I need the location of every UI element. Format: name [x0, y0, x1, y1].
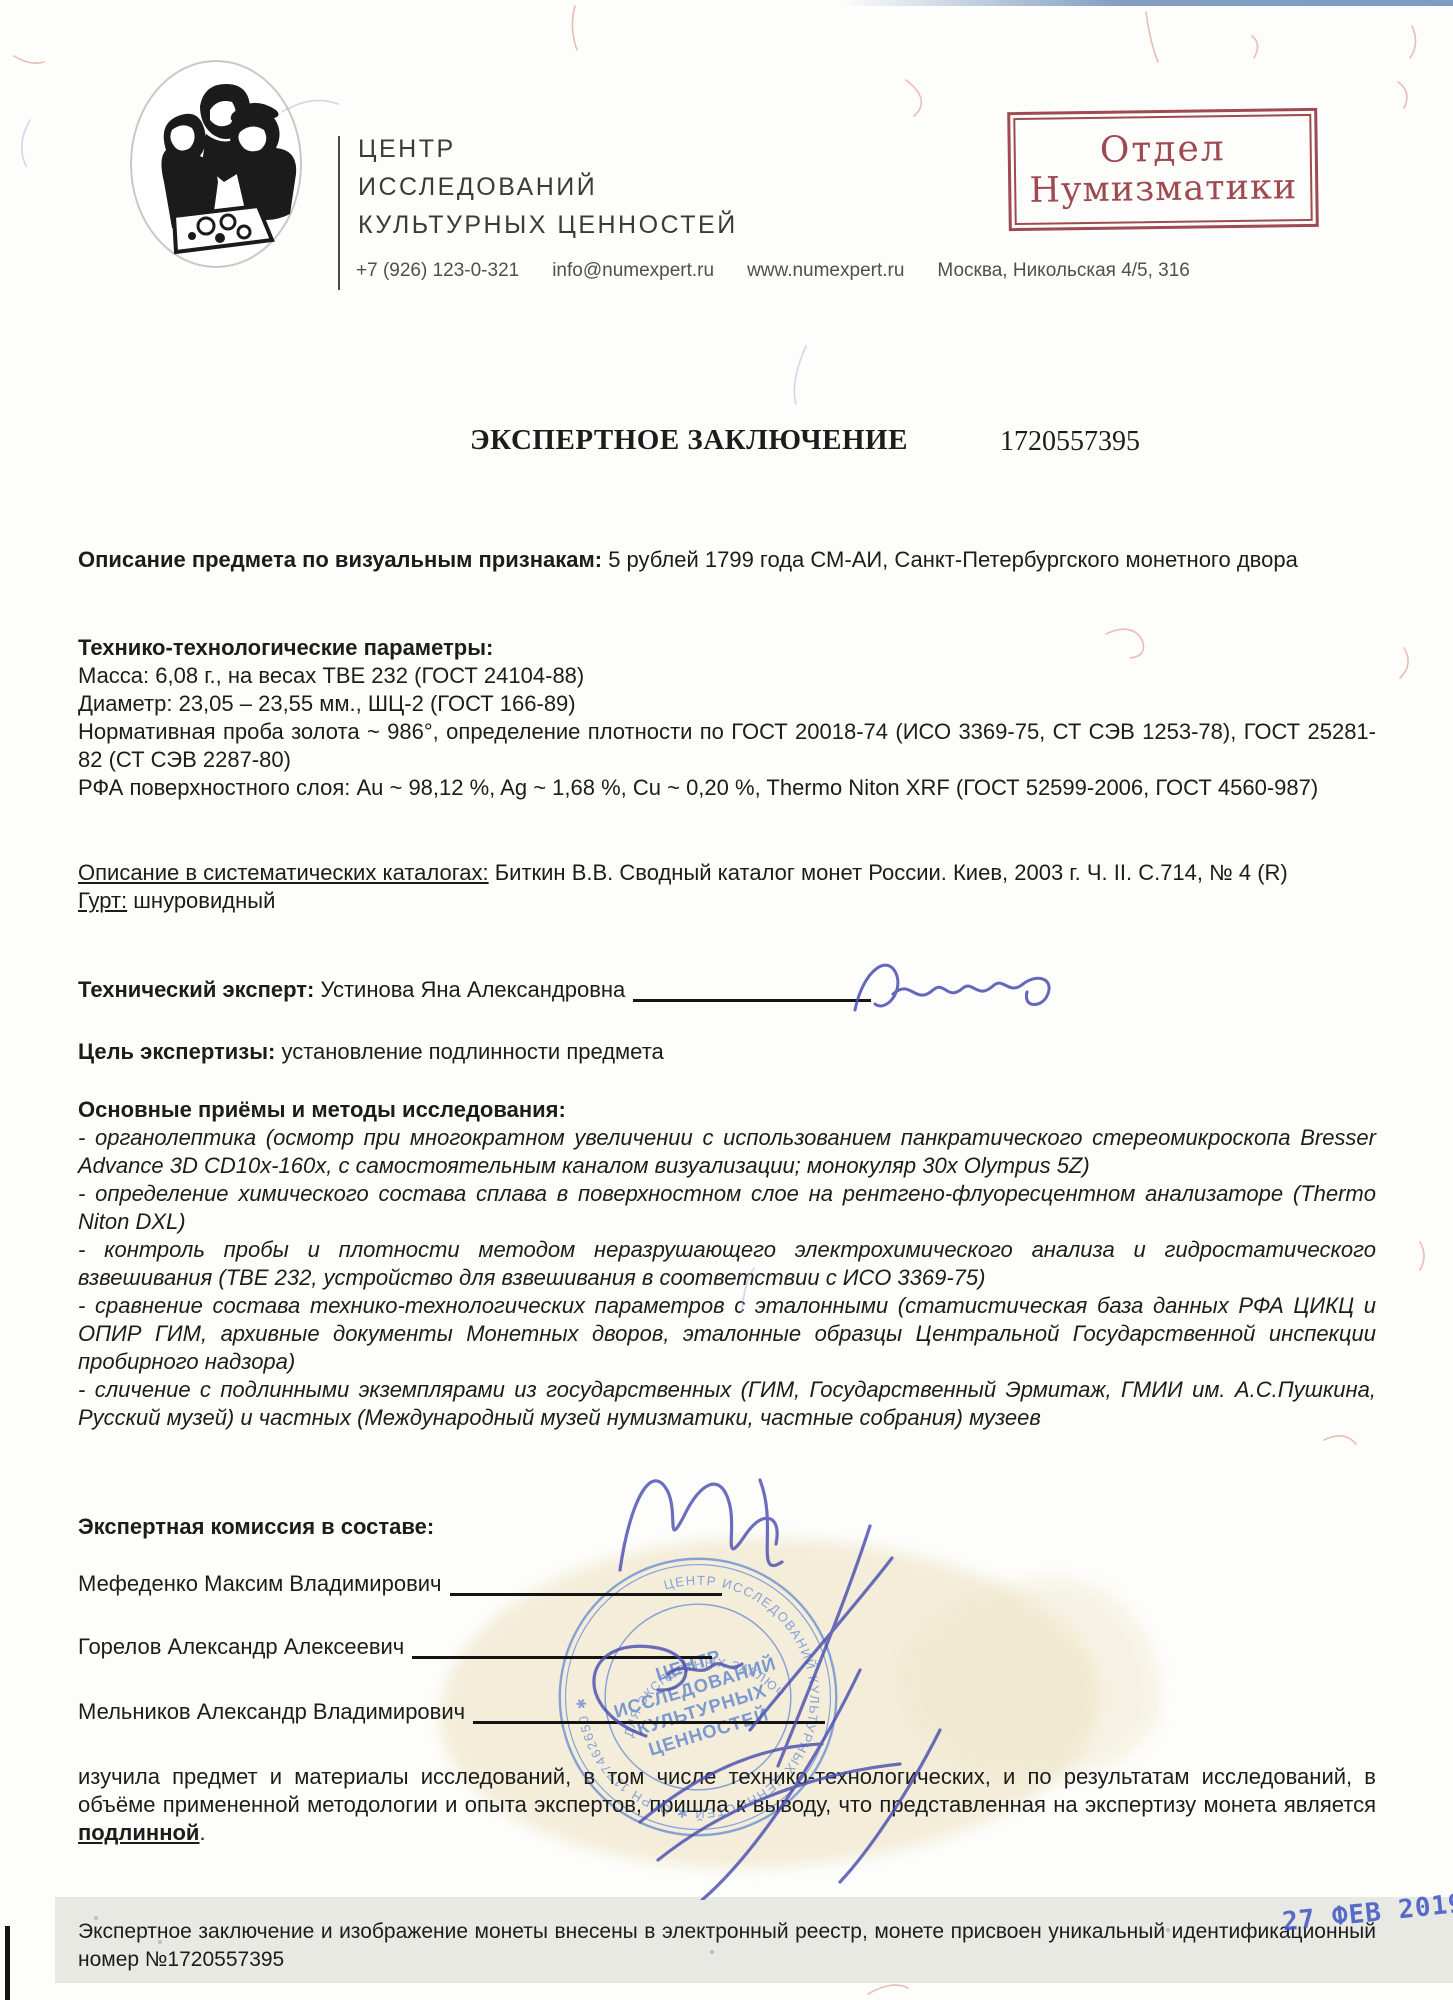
commission-member-name: Горелов Александр Алексеевич: [78, 1634, 404, 1659]
description-text: 5 рублей 1799 года СМ-АИ, Санкт-Петербур…: [608, 547, 1298, 572]
org-name-line: ИССЛЕДОВАНИЙ: [358, 168, 738, 206]
document-title: ЭКСПЕРТНОЕ ЗАКЛЮЧЕНИЕ: [470, 424, 908, 457]
conclusion-tail: .: [199, 1820, 205, 1845]
contact-row: +7 (926) 123-0-321 info@numexpert.ru www…: [356, 260, 1190, 282]
postal-address: Москва, Никольская 4/5, 316: [937, 260, 1189, 282]
commission-member-name: Мельников Александр Владимирович: [78, 1699, 465, 1724]
scan-edge-mark: [5, 1926, 10, 2000]
coin-experts-drawing-icon: [128, 58, 304, 270]
footer-registry-text: Экспертное заключение и изображение моне…: [78, 1918, 1376, 1974]
purpose-label: Цель экспертизы:: [78, 1039, 275, 1064]
gurt-label: Гурт:: [78, 888, 127, 913]
tech-expert-name: Устинова Яна Александровна: [320, 977, 625, 1002]
method-item: - органолептика (осмотр при многократном…: [78, 1124, 1376, 1180]
tech-param-line: Масса: 6,08 г., на весах ТВЕ 232 (ГОСТ 2…: [78, 662, 1376, 690]
header-divider: [338, 136, 340, 290]
section-purpose: Цель экспертизы: установление подлинност…: [78, 1038, 1376, 1066]
document-number: 1720557395: [1000, 426, 1140, 458]
scan-edge-strip: [840, 0, 1453, 6]
conclusion-text: изучила предмет и материалы исследований…: [78, 1764, 1376, 1817]
conclusion-emphasis: подлинной: [78, 1820, 199, 1845]
description-label: Описание предмета по визуальным признака…: [78, 547, 602, 572]
catalog-label: Описание в систематических каталогах:: [78, 860, 489, 885]
commission-member-row: Горелов Александр Алексеевич: [78, 1634, 712, 1660]
tech-expert-label: Технический эксперт:: [78, 977, 314, 1002]
commission-member-name: Мефеденко Максим Владимирович: [78, 1571, 442, 1596]
phone-number: +7 (926) 123-0-321: [356, 260, 519, 282]
section-catalog: Описание в систематических каталогах: Би…: [78, 859, 1376, 915]
expert-opinion-document: ЦЕНТР ИССЛЕДОВАНИЙ КУЛЬТУРНЫХ ЦЕННОСТЕЙ …: [0, 0, 1453, 2000]
tech-expert-signature-line: [633, 999, 871, 1002]
tech-param-line: РФА поверхностного слоя: Au ~ 98,12 %, A…: [78, 774, 1376, 802]
section-commission-heading: Экспертная комиссия в составе:: [78, 1513, 1376, 1541]
section-description: Описание предмета по визуальным признака…: [78, 546, 1376, 574]
method-item: - сличение с подлинными экземплярами из …: [78, 1376, 1376, 1432]
numismatics-dept-stamp-inner: Отдел Нумизматики: [1013, 114, 1312, 225]
purpose-text: установление подлинности предмета: [281, 1039, 663, 1064]
method-item: - сравнение состава технико-технологичес…: [78, 1292, 1376, 1376]
gurt-paragraph: Гурт: шнуровидный: [78, 887, 1376, 915]
commission-member-row: Мельников Александр Владимирович: [78, 1699, 825, 1725]
methods-heading: Основные приёмы и методы исследования:: [78, 1096, 1376, 1124]
section-tech-expert: Технический эксперт: Устинова Яна Алекса…: [78, 976, 1376, 1004]
tech-param-line: Нормативная проба золота ~ 986°, определ…: [78, 718, 1376, 774]
method-item: - определение химического состава сплава…: [78, 1180, 1376, 1236]
numismatics-dept-stamp: Отдел Нумизматики: [1007, 108, 1319, 231]
section-tech-params: Технико-технологические параметры: Масса…: [78, 634, 1376, 802]
member-signature-line: [473, 1721, 825, 1724]
section-methods: Основные приёмы и методы исследования: -…: [78, 1096, 1376, 1432]
org-name: ЦЕНТР ИССЛЕДОВАНИЙ КУЛЬТУРНЫХ ЦЕННОСТЕЙ: [358, 130, 738, 244]
website-url: www.numexpert.ru: [747, 260, 904, 282]
tech-param-line: Диаметр: 23,05 – 23,55 мм., ШЦ-2 (ГОСТ 1…: [78, 690, 1376, 718]
conclusion-paragraph: изучила предмет и материалы исследований…: [78, 1763, 1376, 1847]
email-address: info@numexpert.ru: [552, 260, 714, 282]
org-name-line: ЦЕНТР: [358, 130, 738, 168]
catalog-text: Биткин В.В. Сводный каталог монет России…: [495, 860, 1288, 885]
dept-stamp-line1: Отдел: [1100, 130, 1226, 170]
tech-params-heading: Технико-технологические параметры:: [78, 634, 1376, 662]
purpose-paragraph: Цель экспертизы: установление подлинност…: [78, 1038, 1376, 1066]
method-item: - контроль пробы и плотности методом нер…: [78, 1236, 1376, 1292]
member-signature-line: [450, 1593, 722, 1596]
dept-stamp-line2: Нумизматики: [1029, 167, 1297, 211]
catalog-paragraph: Описание в систематических каталогах: Би…: [78, 859, 1376, 887]
commission-heading: Экспертная комиссия в составе:: [78, 1513, 1376, 1541]
gurt-text: шнуровидный: [133, 888, 275, 913]
footer-registry-note: Экспертное заключение и изображение моне…: [78, 1918, 1376, 1974]
commission-member-row: Мефеденко Максим Владимирович: [78, 1571, 722, 1597]
section-conclusion: изучила предмет и материалы исследований…: [78, 1763, 1376, 1847]
member-signature-line: [412, 1656, 712, 1659]
description-paragraph: Описание предмета по визуальным признака…: [78, 546, 1376, 574]
org-name-line: КУЛЬТУРНЫХ ЦЕННОСТЕЙ: [358, 206, 738, 244]
org-logo: [128, 58, 304, 270]
